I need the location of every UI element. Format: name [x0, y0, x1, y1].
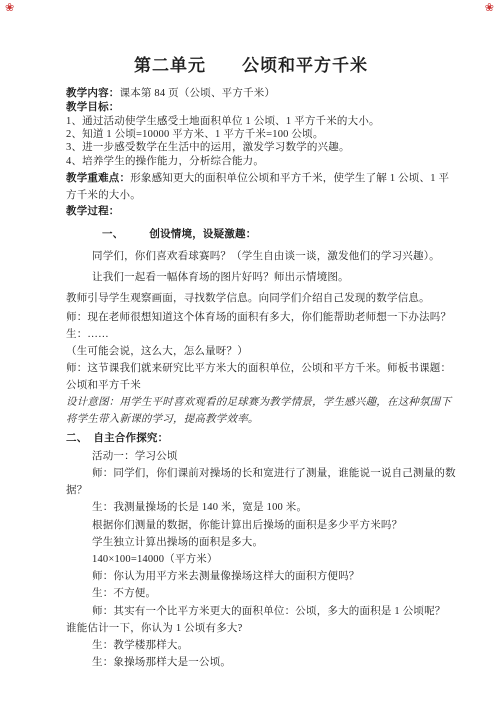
goal-item: 2、知道 1 公顷=10000 平方米、1 平方千米=100 公顷。	[66, 128, 456, 141]
paragraph: 教师引导学生观察画面，寻找数学信息。向同学们介绍自己发现的数学信息。	[66, 290, 456, 307]
red-stamp-icon-right: ❀	[485, 3, 494, 14]
dialog-line: 生：教学楼那样大。	[66, 637, 456, 654]
teaching-content-label: 教学内容：	[66, 88, 120, 99]
paragraph: 同学们，你们喜欢看球赛吗？（学生自由谈一谈，激发他们的学习兴趣）。	[66, 248, 456, 266]
formula-line: 140×100=14000（平方米）	[66, 551, 456, 568]
key-points-label: 教学重难点：	[66, 173, 130, 184]
dialog-line: （生可能会说，这么大，怎么量呀？）	[66, 343, 456, 360]
teaching-goals-list: 1、通过活动使学生感受土地面积单位 1 公顷、1 平方千米的大小。 2、知道 1…	[66, 115, 456, 168]
document-page: ❀ ❀ 第二单元 公顷和平方千米 教学内容：课本第 84 页（公顷、平方千米） …	[0, 0, 500, 707]
red-stamp-icon-left: ❀	[5, 3, 14, 14]
dialog-line: 生：我测量操场的长是 140 米，宽是 100 米。	[66, 499, 456, 516]
dialog-line: 生：象操场那样大是一公顷。	[66, 654, 456, 671]
dialog-line: 生：……	[66, 326, 456, 343]
goal-item: 1、通过活动使学生感受土地面积单位 1 公顷、1 平方千米的大小。	[66, 115, 456, 128]
dialog-line: 学生独立计算出操场的面积是多大。	[66, 534, 456, 551]
page-title: 第二单元 公顷和平方千米	[46, 54, 456, 78]
section-one-number: 一、	[102, 229, 123, 240]
dialog-line: 师：现在老师很想知道这个体育场的面积有多大，你们能帮助老师想一下办法吗？	[66, 309, 456, 326]
section-two-number: 二、	[66, 433, 87, 444]
section-one-heading: 一、创设情境，设疑激趣：	[102, 227, 456, 242]
dialog-line: 师：这节课我们就来研究比平方米大的面积单位，公顷和平方千米。师板书课题：公顷和平…	[66, 360, 456, 394]
activity-line: 活动一：学习公顷	[66, 448, 456, 465]
dialog-line: 根据你们测量的数据，你能计算出后操场的面积是多少平方米吗？	[66, 517, 456, 534]
section-two-heading: 二、自主合作探究：	[66, 430, 456, 448]
document-body: 第二单元 公顷和平方千米 教学内容：课本第 84 页（公顷、平方千米） 教学目标…	[0, 0, 500, 671]
design-intent-paragraph: 设计意图：用学生平时喜欢观看的足球赛为教学情景，学生感兴趣，在这种氛围下将学生带…	[66, 394, 456, 428]
process-label: 教学过程：	[66, 205, 456, 219]
teaching-content-line: 教学内容：课本第 84 页（公顷、平方千米）	[66, 87, 456, 101]
dialog-line: 生：不方便。	[66, 585, 456, 602]
section-two-body: 活动一：学习公顷 师：同学们，你们课前对操场的长和宽进行了测量，谁能说一说自己测…	[66, 448, 456, 672]
section-one-body: 同学们，你们喜欢看球赛吗？（学生自由谈一谈，激发他们的学习兴趣）。 让我们一起看…	[66, 248, 456, 429]
goal-item: 4、培养学生的操作能力，分析综合能力。	[66, 155, 456, 168]
dialog-line: 师：同学们，你们课前对操场的长和宽进行了测量，谁能说一说自己测量的数据？	[66, 465, 456, 499]
section-two-title: 自主合作探究：	[93, 433, 168, 444]
section-one-dialog: 师：现在老师很想知道这个体育场的面积有多大，你们能帮助老师想一下办法吗？ 生：……	[66, 309, 456, 428]
section-one-title: 创设情境，设疑激趣：	[149, 229, 256, 240]
dialog-line: 师：其实有一个比平方米更大的面积单位：公顷，多大的面积是 1 公顷呢？谁能估计一…	[66, 603, 456, 637]
paragraph: 让我们一起看一幅体育场的图片好吗？师出示情境图。	[66, 269, 456, 287]
dialog-line: 师：你认为用平方米去测量像操场这样大的面积方便吗？	[66, 568, 456, 585]
teaching-goals-label: 教学目标：	[66, 101, 456, 115]
goal-item: 3、进一步感受数学在生活中的运用，激发学习数学的兴趣。	[66, 141, 456, 154]
key-points-line: 教学重难点：形象感知更大的面积单位公顷和平方千米，使学生了解 1 公顷、1 平方…	[66, 170, 456, 205]
teaching-content-text: 课本第 84 页（公顷、平方千米）	[120, 88, 276, 99]
